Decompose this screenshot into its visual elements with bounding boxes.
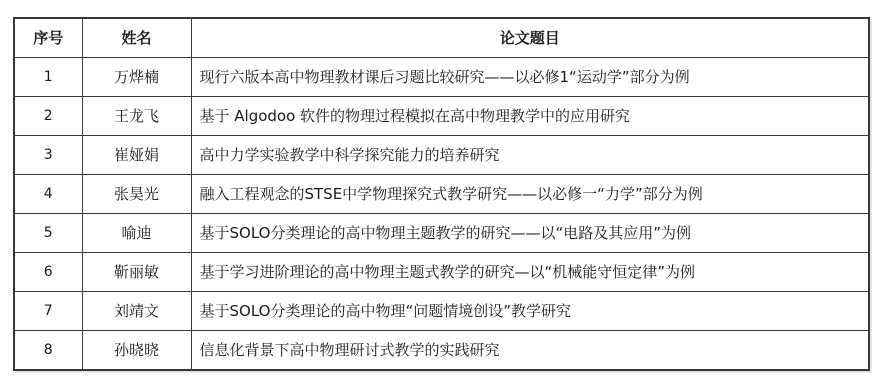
author-name-cell: 刘靖文 — [82, 292, 191, 331]
table-row: 8 孙晓晓 信息化背景下高中物理研讨式教学的实践研究 — [14, 331, 869, 371]
row-number-cell: 6 — [14, 253, 82, 292]
table-row: 1 万烨楠 现行六版本高中物理教材课后习题比较研究——以必修1“运动学”部分为例 — [14, 58, 869, 97]
author-name-cell: 张昊光 — [82, 175, 191, 214]
table-row: 4 张昊光 融入工程观念的STSE中学物理探究式教学研究——以必修一“力学”部分… — [14, 175, 869, 214]
paper-title-cell: 现行六版本高中物理教材课后习题比较研究——以必修1“运动学”部分为例 — [191, 58, 869, 97]
table-header-row: 序号 姓名 论文题目 — [14, 18, 869, 58]
author-name-cell: 万烨楠 — [82, 58, 191, 97]
column-header-no: 序号 — [14, 18, 82, 58]
row-number-cell: 7 — [14, 292, 82, 331]
row-number-cell: 3 — [14, 136, 82, 175]
row-number-cell: 4 — [14, 175, 82, 214]
paper-title-cell: 高中力学实验教学中科学探究能力的培养研究 — [191, 136, 869, 175]
paper-title-cell: 基于SOLO分类理论的高中物理主题教学的研究——以“电路及其应用”为例 — [191, 214, 869, 253]
table-row: 5 喻迪 基于SOLO分类理论的高中物理主题教学的研究——以“电路及其应用”为例 — [14, 214, 869, 253]
table-row: 7 刘靖文 基于SOLO分类理论的高中物理“问题情境创设”教学研究 — [14, 292, 869, 331]
table-row: 3 崔娅娟 高中力学实验教学中科学探究能力的培养研究 — [14, 136, 869, 175]
column-header-name: 姓名 — [82, 18, 191, 58]
paper-title-cell: 信息化背景下高中物理研讨式教学的实践研究 — [191, 331, 869, 371]
row-number-cell: 2 — [14, 97, 82, 136]
table-row: 6 靳丽敏 基于学习进阶理论的高中物理主题式教学的研究—以“机械能守恒定律”为例 — [14, 253, 869, 292]
author-name-cell: 崔娅娟 — [82, 136, 191, 175]
paper-title-cell: 基于 Algodoo 软件的物理过程模拟在高中物理教学中的应用研究 — [191, 97, 869, 136]
author-name-cell: 孙晓晓 — [82, 331, 191, 371]
row-number-cell: 8 — [14, 331, 82, 371]
author-name-cell: 靳丽敏 — [82, 253, 191, 292]
author-name-cell: 喻迪 — [82, 214, 191, 253]
paper-title-cell: 基于SOLO分类理论的高中物理“问题情境创设”教学研究 — [191, 292, 869, 331]
table-row: 2 王龙飞 基于 Algodoo 软件的物理过程模拟在高中物理教学中的应用研究 — [14, 97, 869, 136]
thesis-list-table: 序号 姓名 论文题目 1 万烨楠 现行六版本高中物理教材课后习题比较研究——以必… — [13, 17, 870, 371]
paper-title-cell: 基于学习进阶理论的高中物理主题式教学的研究—以“机械能守恒定律”为例 — [191, 253, 869, 292]
paper-title-cell: 融入工程观念的STSE中学物理探究式教学研究——以必修一“力学”部分为例 — [191, 175, 869, 214]
author-name-cell: 王龙飞 — [82, 97, 191, 136]
row-number-cell: 1 — [14, 58, 82, 97]
row-number-cell: 5 — [14, 214, 82, 253]
column-header-title: 论文题目 — [191, 18, 869, 58]
